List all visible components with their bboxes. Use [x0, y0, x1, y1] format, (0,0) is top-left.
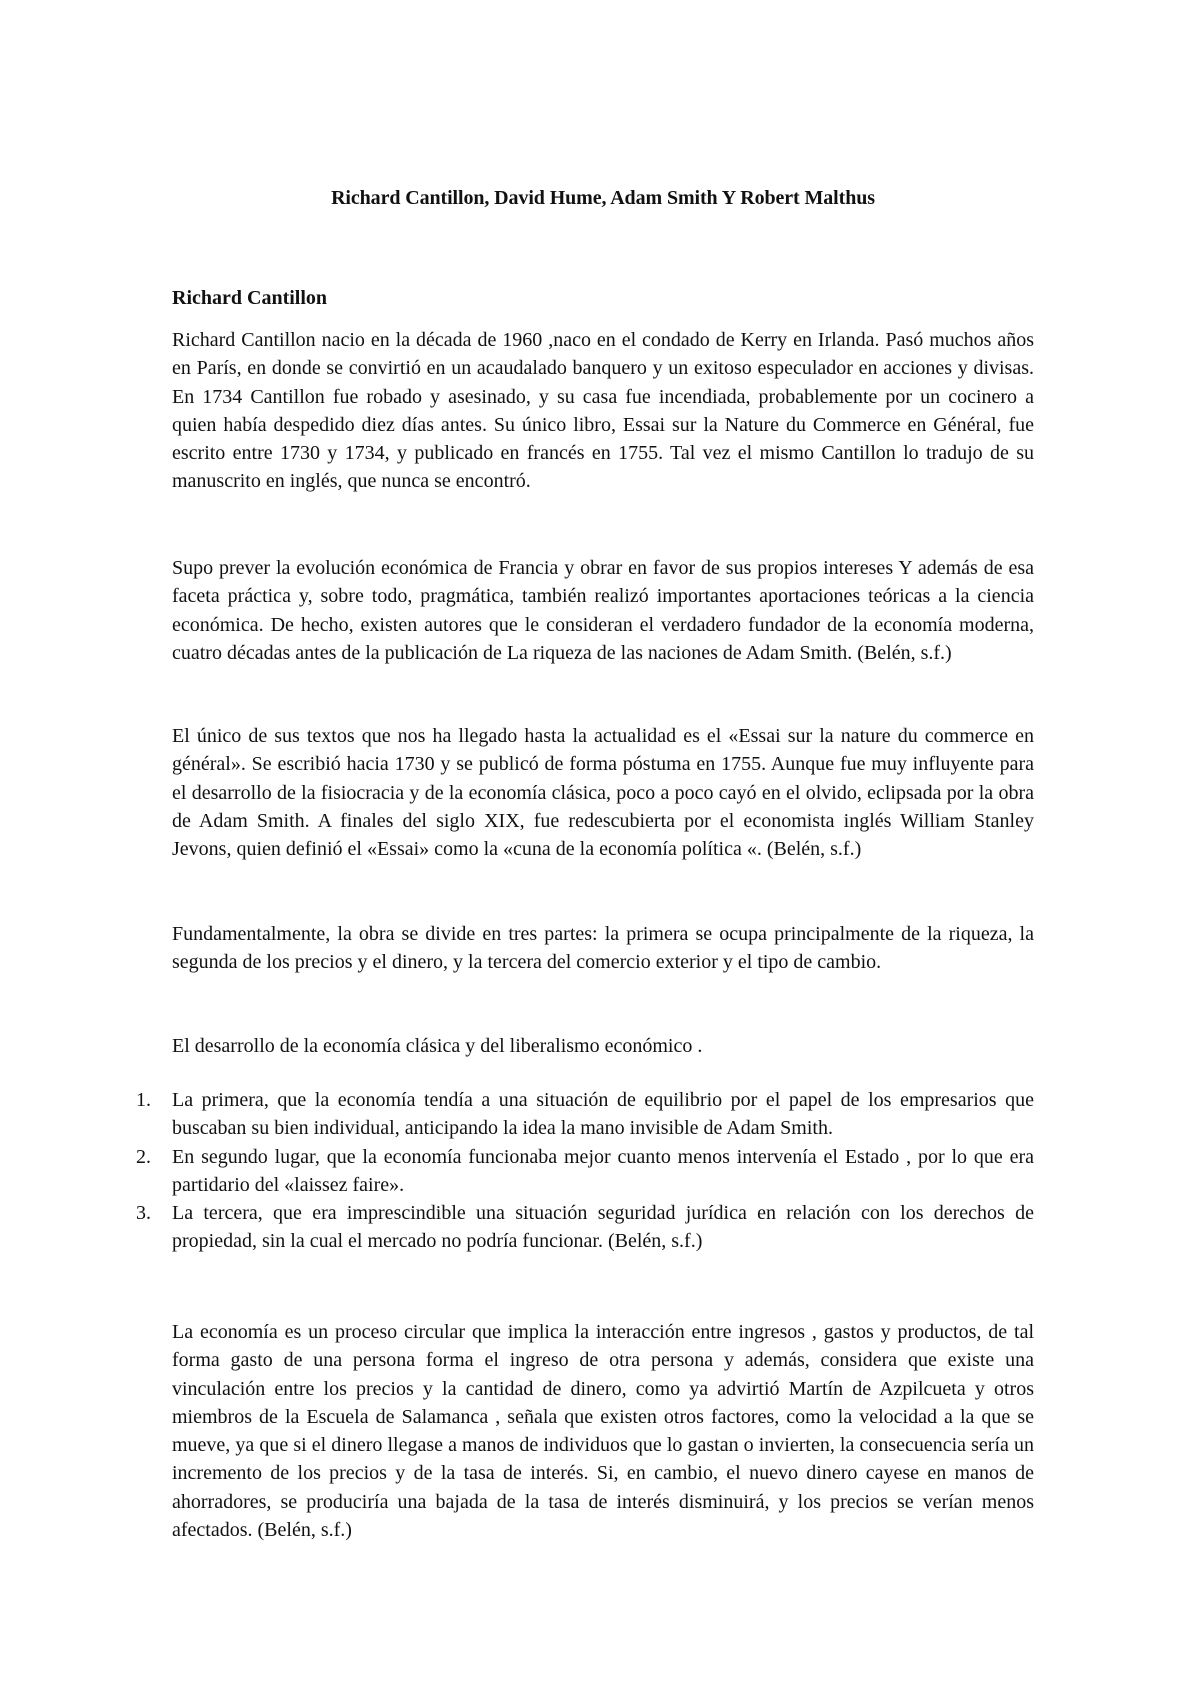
- paragraph-biography: Richard Cantillon nacio en la década de …: [172, 326, 1034, 496]
- paragraph-essai: El único de sus textos que nos ha llegad…: [172, 722, 1034, 863]
- list-number: 2.: [136, 1143, 166, 1171]
- numbered-list: 1. La primera, que la economía tendía a …: [136, 1086, 1034, 1256]
- list-item: 2. En segundo lugar, que la economía fun…: [136, 1143, 1034, 1200]
- paragraph-work-structure: Fundamentalmente, la obra se divide en t…: [172, 920, 1034, 977]
- paragraph-text: La economía es un proceso circular que i…: [172, 1318, 1034, 1544]
- list-item-text: En segundo lugar, que la economía funcio…: [172, 1146, 1034, 1196]
- list-item: 3. La tercera, que era imprescindible un…: [136, 1199, 1034, 1256]
- list-number: 3.: [136, 1199, 166, 1227]
- list-number: 1.: [136, 1086, 166, 1114]
- paragraph-text: Fundamentalmente, la obra se divide en t…: [172, 920, 1034, 977]
- paragraph-text: Richard Cantillon nacio en la década de …: [172, 326, 1034, 496]
- paragraph-text: Supo prever la evolución económica de Fr…: [172, 554, 1034, 667]
- list-item-text: La tercera, que era imprescindible una s…: [172, 1202, 1034, 1252]
- paragraph-text: El único de sus textos que nos ha llegad…: [172, 722, 1034, 863]
- paragraph-contributions: Supo prever la evolución económica de Fr…: [172, 554, 1034, 667]
- list-item-text: La primera, que la economía tendía a una…: [172, 1089, 1034, 1139]
- paragraph-circular-economy: La economía es un proceso circular que i…: [172, 1318, 1034, 1544]
- section-heading-richard-cantillon: Richard Cantillon: [172, 284, 327, 312]
- paragraph-text: El desarrollo de la economía clásica y d…: [172, 1032, 1034, 1060]
- document-title: Richard Cantillon, David Hume, Adam Smit…: [172, 184, 1034, 212]
- list-item: 1. La primera, que la economía tendía a …: [136, 1086, 1034, 1143]
- paragraph-liberalism-intro: El desarrollo de la economía clásica y d…: [172, 1032, 1034, 1060]
